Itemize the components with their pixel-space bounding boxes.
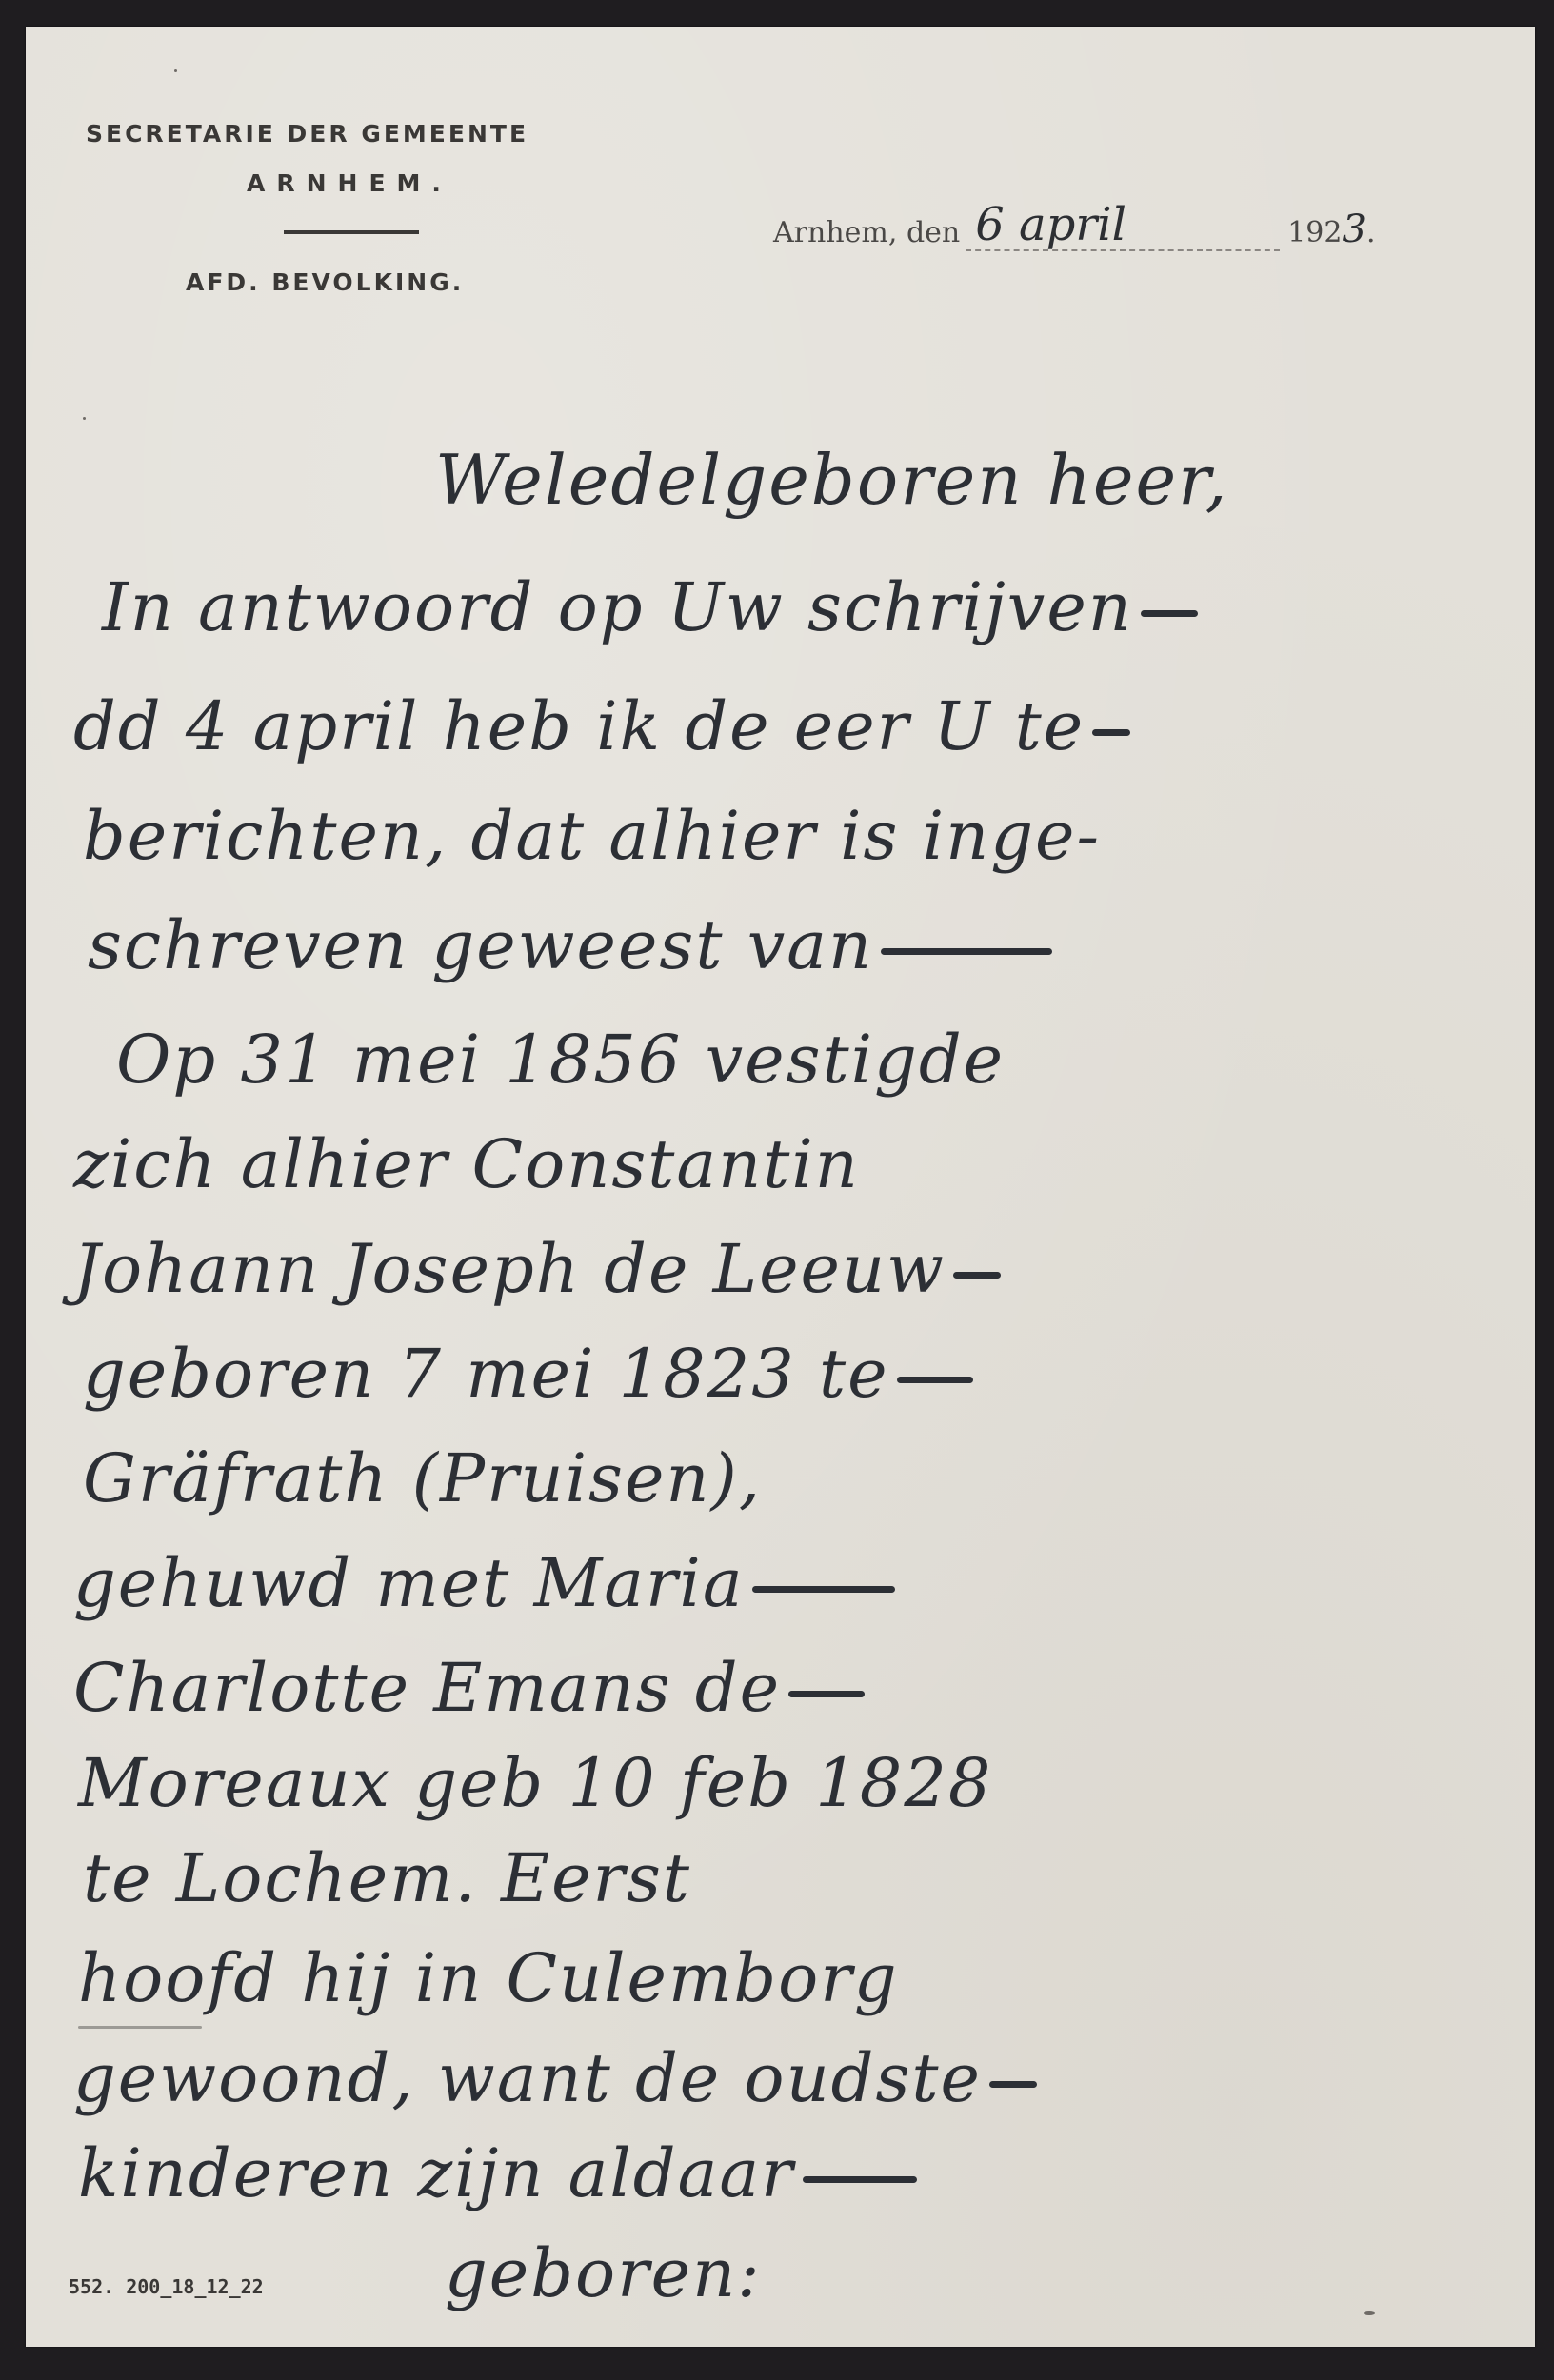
letter-line-8: geboren 7 mei 1823 te <box>83 1340 973 1407</box>
pencil-underline <box>78 2026 202 2029</box>
letter-line-14: hoofd hij in Culemborg <box>78 1945 899 2012</box>
letter-line-4: schreven geweest van <box>88 912 1052 979</box>
letter-line-5: Op 31 mei 1856 vestigde <box>116 1026 1005 1093</box>
date-field: 6 april <box>966 221 1280 251</box>
dateline: Arnhem, den6 april1923. <box>773 208 1375 251</box>
letter-line-6: zich alhier Constantin <box>73 1131 860 1198</box>
paper-speck <box>83 417 86 420</box>
salutation: Weledelgeboren heer, <box>435 446 1229 514</box>
letterhead-city: ARNHEM. <box>247 169 452 197</box>
letter-line-9: Gräfrath (Pruisen), <box>83 1445 762 1512</box>
paper-speck <box>1364 2311 1375 2315</box>
letter-line-12: Moreaux geb 10 feb 1828 <box>78 1750 992 1816</box>
letterhead-secretarie: SECRETARIE DER GEMEENTE <box>86 120 528 148</box>
dateline-den: den <box>906 216 960 249</box>
letter-line-2: dd 4 april heb ik de eer U te <box>73 693 1130 760</box>
letter-line-7: Johann Joseph de Leeuw <box>73 1236 1001 1302</box>
year-printed: 192 <box>1287 216 1342 249</box>
letterhead-department: AFD. BEVOLKING. <box>186 268 464 296</box>
letter-line-3: berichten, dat alhier is inge- <box>83 803 1101 869</box>
letter-line-10: gehuwd met Maria <box>73 1550 895 1616</box>
letter-line-16: kinderen zijn aldaar <box>78 2140 917 2207</box>
year-handwritten: 3 <box>1342 208 1365 251</box>
letter-line-11: Charlotte Emans de <box>73 1655 865 1721</box>
dateline-place: Arnhem, <box>773 216 897 249</box>
letterhead-rule <box>284 230 419 234</box>
paper-speck <box>174 69 177 72</box>
letter-page: SECRETARIE DER GEMEENTE ARNHEM. AFD. BEV… <box>26 27 1535 2347</box>
letter-line-17: geboren: <box>445 2240 762 2307</box>
handwritten-date: 6 april <box>975 198 1126 251</box>
form-code: 552. 200_18_12_22 <box>69 2275 264 2298</box>
letter-line-13: te Lochem. Eerst <box>83 1845 691 1912</box>
letter-line-1: In antwoord op Uw schrijven <box>102 574 1198 641</box>
letter-line-15: gewoond, want de oudste <box>73 2045 1037 2112</box>
